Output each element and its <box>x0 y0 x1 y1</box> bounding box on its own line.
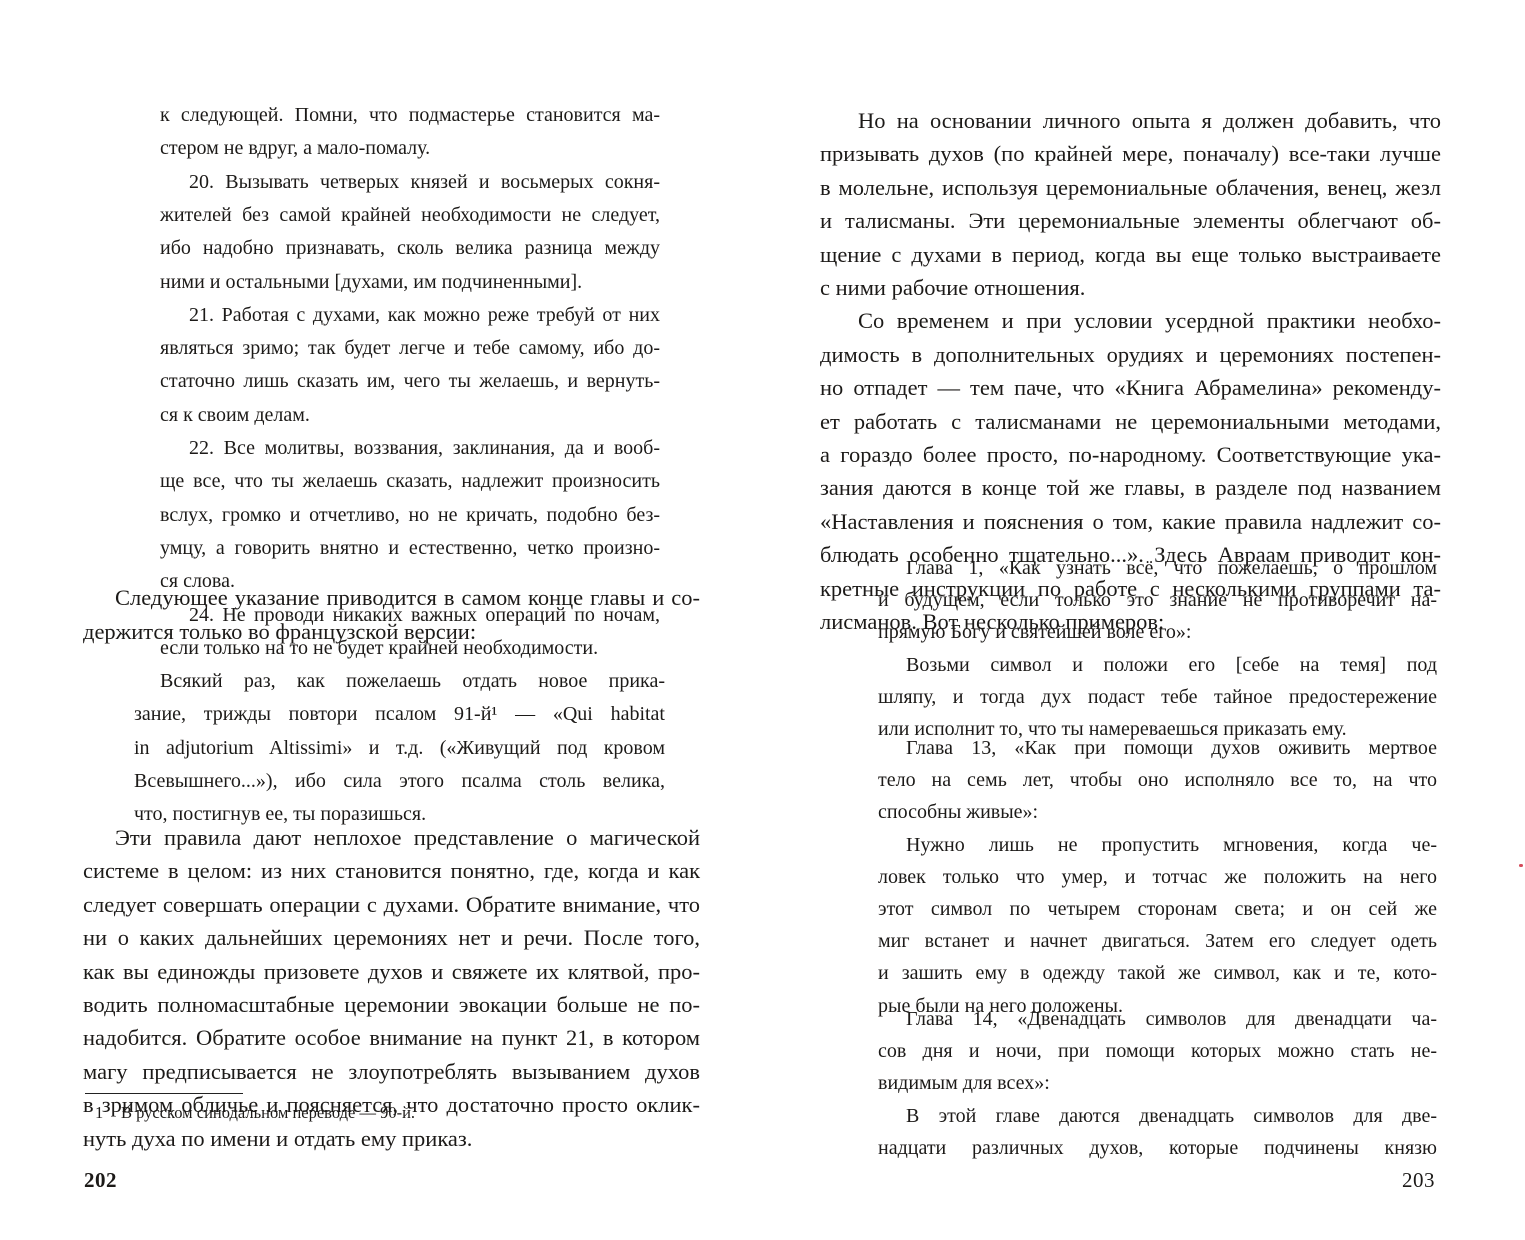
quote-line: in adjutorium Altissimi» и т.д. («Живущи… <box>134 733 665 763</box>
footnote-number: 1 <box>95 1102 121 1124</box>
quote-line: миг встанет и начнет двигаться. Затем ег… <box>878 926 1437 956</box>
text-line: вслух, громко и отчетливо, но не кричать… <box>160 500 660 530</box>
footnote-divider <box>85 1093 243 1094</box>
text-line: Со временем и при условии усердной практ… <box>858 306 1441 336</box>
quote-line: этот символ по четырем сторонам света; и… <box>878 894 1437 924</box>
text-line: ще все, что ты желаешь сказать, надлежит… <box>160 466 660 496</box>
text-line: но отпадет — тем паче, что «Книга Абраме… <box>820 373 1441 403</box>
quote-line: тело на семь лет, чтобы оно исполняло вс… <box>878 765 1437 795</box>
quote-line: Возьми символ и положи его [себе на темя… <box>906 650 1437 680</box>
text-line: ними и остальными [духами, им подчиненны… <box>160 267 660 297</box>
footnote: 1В русском синодальном переводе — 90-й. <box>95 1102 415 1124</box>
text-line: держится только во французской версии: <box>83 617 700 647</box>
quote-line: видимым для всех»: <box>878 1068 1437 1098</box>
text-line: призывать духов (по крайней мере, понача… <box>820 139 1441 169</box>
body-line: водить полномасштабные церемонии эвокаци… <box>83 990 700 1020</box>
quote-line: Глава 1, «Как узнать всё, что пожелаешь,… <box>906 553 1437 583</box>
text-line: а гораздо более просто, по-народному. Со… <box>820 440 1441 470</box>
quote-line: сов дня и ночи, при помощи которых можно… <box>878 1036 1437 1066</box>
body-line: магу предписывается не злоупотреблять вы… <box>83 1057 700 1087</box>
quote-line: Всевышнего...»), ибо сила этого псалма с… <box>134 766 665 796</box>
text-line: жителей без самой крайней необходимости … <box>160 200 660 230</box>
text-line: 20. Вызывать четверых князей и восьмерых… <box>189 167 660 197</box>
body-line: надобится. Обратите особое внимание на п… <box>83 1023 700 1053</box>
text-line: 21. Работая с духами, как можно реже тре… <box>189 300 660 330</box>
page-number-right: 203 <box>1402 1167 1435 1193</box>
quote-line: Всякий раз, как пожелаешь отдать новое п… <box>160 666 665 696</box>
text-line: 22. Все молитвы, воззвания, заклинания, … <box>189 433 660 463</box>
page-number-left: 202 <box>84 1167 117 1193</box>
red-mark <box>1519 864 1523 867</box>
text-line: умцу, а говорить внятно и естественно, ч… <box>160 533 660 563</box>
text-line: Но на основании личного опыта я должен д… <box>858 106 1441 136</box>
text-line: «Наставления и пояснения о том, какие пр… <box>820 507 1441 537</box>
body-line: следует совершать операции с духами. Обр… <box>83 890 700 920</box>
body-line: ни о каких дальнейших церемониях нет и р… <box>83 923 700 953</box>
quote-line: прямую Богу и святейшей воле его»: <box>878 617 1437 647</box>
text-line: к следующей. Помни, что подмастерье стан… <box>160 100 660 130</box>
body-line: Эти правила дают неплохое представление … <box>115 823 700 853</box>
quote-line: Глава 14, «Двенадцать символов для двена… <box>906 1004 1437 1034</box>
text-line: статочно лишь сказать им, чего ты желаеш… <box>160 366 660 396</box>
body-line: системе в целом: из них становится понят… <box>83 856 700 886</box>
text-line: в молельне, используя церемониальные обл… <box>820 173 1441 203</box>
text-line: Следующее указание приводится в самом ко… <box>115 583 700 613</box>
quote-line: способны живые»: <box>878 797 1437 827</box>
text-line: зания даются в конце той же главы, в раз… <box>820 473 1441 503</box>
quote-line: зание, трижды повтори псалом 91-й¹ — «Qu… <box>134 699 665 729</box>
text-line: и талисманы. Эти церемониальные элементы… <box>820 206 1441 236</box>
quote-line: В этой главе даются двенадцать символов … <box>906 1101 1437 1131</box>
text-line: являться зримо; так будет легче и тебе с… <box>160 333 660 363</box>
quote-line: ловек только что умер, и тотчас же полож… <box>878 862 1437 892</box>
quote-line: Глава 13, «Как при помощи духов оживить … <box>906 733 1437 763</box>
text-line: ет работать с талисманами не церемониаль… <box>820 407 1441 437</box>
left-page: к следующей. Помни, что подмастерье стан… <box>0 0 762 1240</box>
text-line: с ними рабочие отношения. <box>820 273 1441 303</box>
quote-line: и будущем, если только это знание не про… <box>878 585 1437 615</box>
body-line: нуть духа по имени и отдать ему приказ. <box>83 1124 700 1154</box>
text-line: димость в дополнительных орудиях и церем… <box>820 340 1441 370</box>
text-line: ибо надобно признавать, сколь велика раз… <box>160 233 660 263</box>
right-page: Но на основании личного опыта я должен д… <box>762 0 1525 1240</box>
footnote-text: В русском синодальном переводе — 90-й. <box>121 1103 415 1122</box>
quote-line: Нужно лишь не пропустить мгновения, когд… <box>906 830 1437 860</box>
text-line: щение с духами в период, когда вы еще то… <box>820 240 1441 270</box>
body-line: как вы единожды призовете духов и свяжет… <box>83 957 700 987</box>
text-line: ся к своим делам. <box>160 400 660 430</box>
text-line: стером не вдруг, а мало-помалу. <box>160 133 660 163</box>
quote-line: шляпу, и тогда дух подаст тебе тайное пр… <box>878 682 1437 712</box>
quote-line: надцати различных духов, которые подчине… <box>878 1133 1437 1163</box>
quote-line: и зашить ему в одежду такой же символ, к… <box>878 958 1437 988</box>
